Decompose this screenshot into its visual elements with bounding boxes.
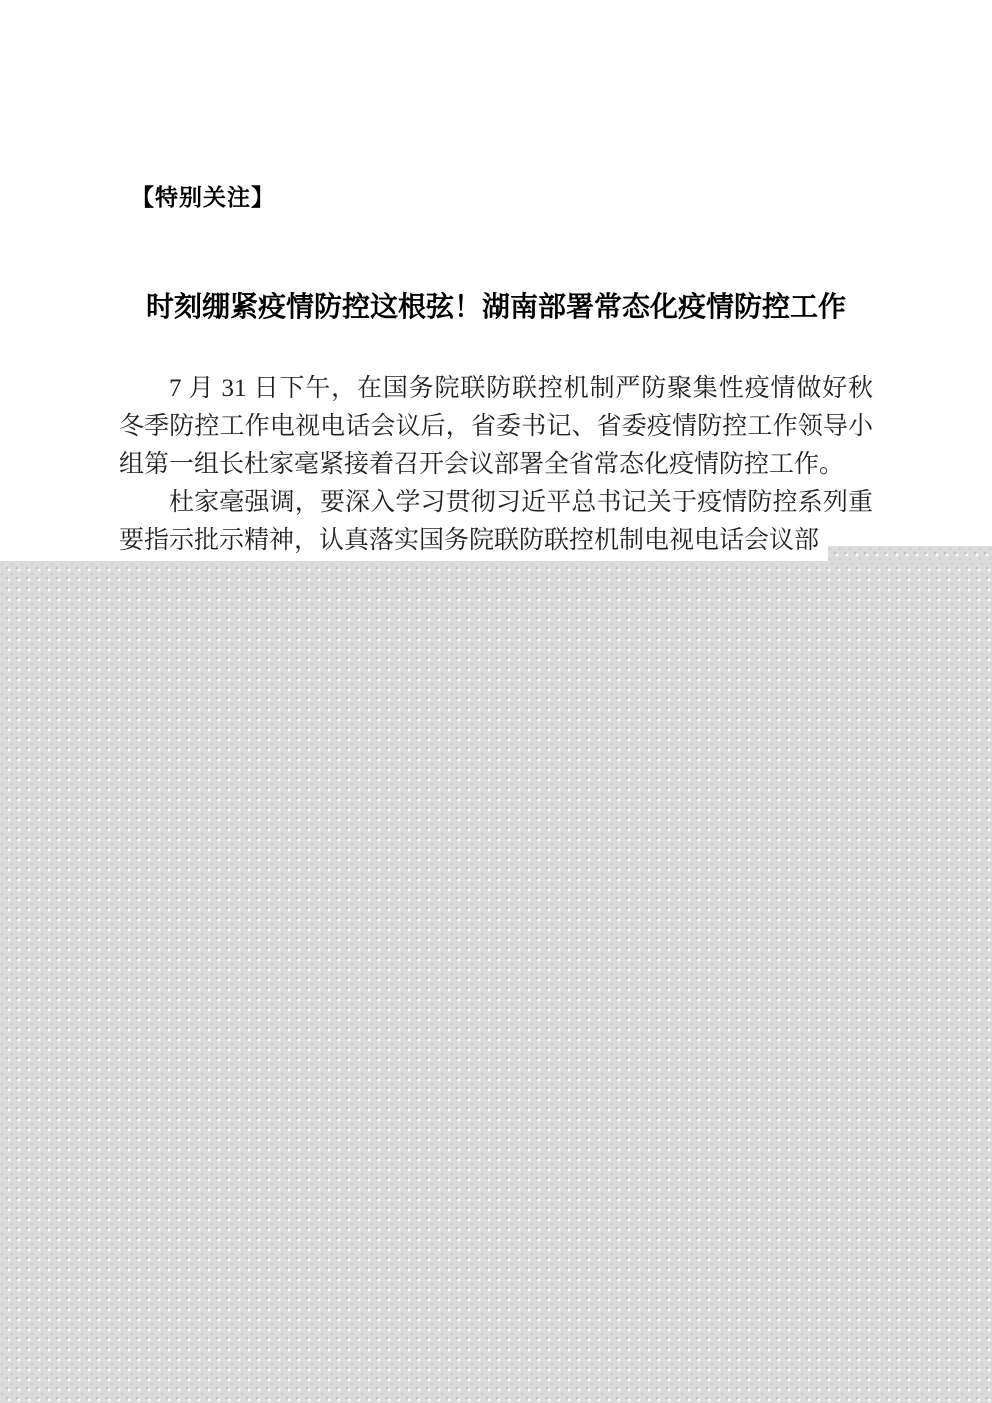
article-body: 7 月 31 日下午，在国务院联防联控机制严防聚集性疫情做好秋冬季防控工作电视电…	[119, 370, 873, 560]
section-header: 【特别关注】	[131, 179, 275, 212]
masked-content-region	[0, 561, 992, 1403]
masked-content-region-step	[828, 546, 992, 562]
article-paragraph: 杜家毫强调，要深入学习贯彻习近平总书记关于疫情防控系列重要指示批示精神，认真落实…	[119, 484, 873, 560]
document-page: 【特别关注】 时刻绷紧疫情防控这根弦！湖南部署常态化疫情防控工作 7 月 31 …	[0, 0, 992, 1403]
article-paragraph: 7 月 31 日下午，在国务院联防联控机制严防聚集性疫情做好秋冬季防控工作电视电…	[119, 370, 873, 484]
article-title: 时刻绷紧疫情防控这根弦！湖南部署常态化疫情防控工作	[0, 291, 992, 325]
